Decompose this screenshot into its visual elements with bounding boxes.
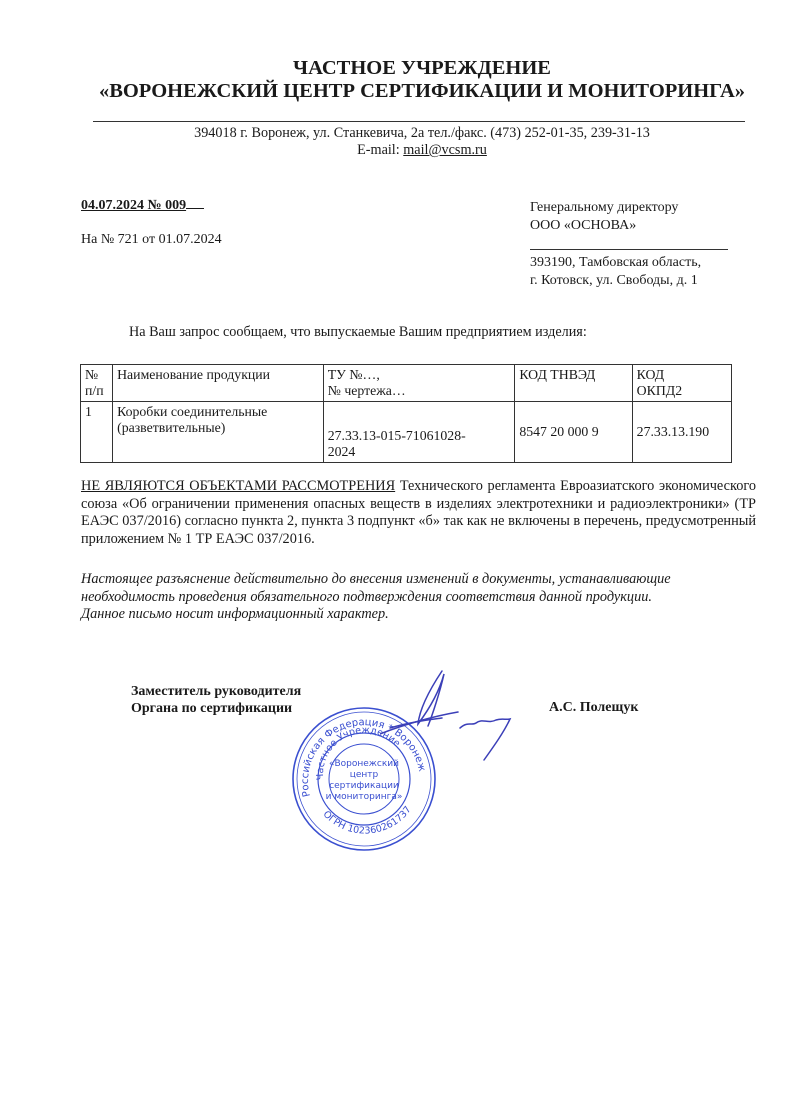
header-num: № п/п	[81, 365, 113, 402]
cell-okpd: 27.33.13.190	[632, 402, 731, 463]
signatory-title-line1: Заместитель руководителя	[131, 683, 301, 700]
cell-name: Коробки соединительные (разветвительные)	[113, 402, 324, 463]
svg-text:и мониторинга»: и мониторинга»	[326, 792, 403, 802]
table-row: 1 Коробки соединительные (разветвительны…	[81, 402, 732, 463]
recipient-address: 393190, Тамбовская область, г. Котовск, …	[530, 254, 701, 289]
header-okpd: КОД ОКПД2	[632, 365, 731, 402]
org-address-phone: 394018 г. Воронеж, ул. Станкевича, 2а те…	[26, 125, 792, 142]
email-label: E-mail:	[357, 142, 403, 158]
handwritten-signature-icon	[380, 666, 520, 776]
org-email-line: E-mail: mail@vcsm.ru	[26, 142, 792, 159]
outgoing-number: 04.07.2024 № 009	[81, 196, 204, 214]
table-header-row: № п/п Наименование продукции ТУ №…, № че…	[81, 365, 732, 402]
cell-tu: 27.33.13-015-71061028- 2024	[323, 402, 515, 463]
header-name: Наименование продукции	[113, 365, 324, 402]
signatory-title: Заместитель руководителя Органа по серти…	[131, 683, 301, 717]
outgoing-number-text: 04.07.2024 № 009	[81, 198, 186, 213]
recipient-address-line1: 393190, Тамбовская область,	[530, 254, 701, 272]
header-tu: ТУ №…, № чертежа…	[323, 365, 515, 402]
recipient-block: Генеральному директору ООО «ОСНОВА»	[530, 199, 678, 234]
header-tnved: КОД ТНВЭД	[515, 365, 632, 402]
svg-text:сертификации: сертификации	[329, 781, 399, 791]
cell-tnved: 8547 20 000 9	[515, 402, 632, 463]
validity-note: Настоящее разъяснение действительно до в…	[81, 571, 756, 624]
org-title-line2: «ВОРОНЕЖСКИЙ ЦЕНТР СЕРТИФИКАЦИИ И МОНИТО…	[26, 80, 792, 103]
products-table: № п/п Наименование продукции ТУ №…, № че…	[80, 364, 732, 463]
recipient-address-line2: г. Котовск, ул. Свободы, д. 1	[530, 272, 701, 290]
validity-note-line3: Данное письмо носит информационный харак…	[81, 606, 756, 624]
signatory-title-line2: Органа по сертификации	[131, 700, 301, 717]
conclusion-emphasis: НЕ ЯВЛЯЮТСЯ ОБЪЕКТАМИ РАССМОТРЕНИЯ	[81, 478, 395, 494]
signatory-name: А.С. Полещук	[549, 700, 638, 716]
recipient-divider	[530, 249, 728, 250]
header-divider	[93, 121, 745, 122]
svg-text:центр: центр	[350, 770, 379, 780]
outgoing-number-underline	[186, 196, 204, 209]
validity-note-line1: Настоящее разъяснение действительно до в…	[81, 571, 756, 589]
conclusion-paragraph: НЕ ЯВЛЯЮТСЯ ОБЪЕКТАМИ РАССМОТРЕНИЯ Техни…	[81, 478, 756, 548]
validity-note-line2: необходимость проведения обязательного п…	[81, 589, 756, 607]
cell-num: 1	[81, 402, 113, 463]
recipient-company: ООО «ОСНОВА»	[530, 217, 678, 235]
reference-number: На № 721 от 01.07.2024	[81, 232, 222, 248]
org-title-line1: ЧАСТНОЕ УЧРЕЖДЕНИЕ	[26, 57, 792, 80]
recipient-position: Генеральному директору	[530, 199, 678, 217]
email-link[interactable]: mail@vcsm.ru	[403, 142, 487, 158]
intro-text: На Ваш запрос сообщаем, что выпускаемые …	[129, 324, 587, 341]
